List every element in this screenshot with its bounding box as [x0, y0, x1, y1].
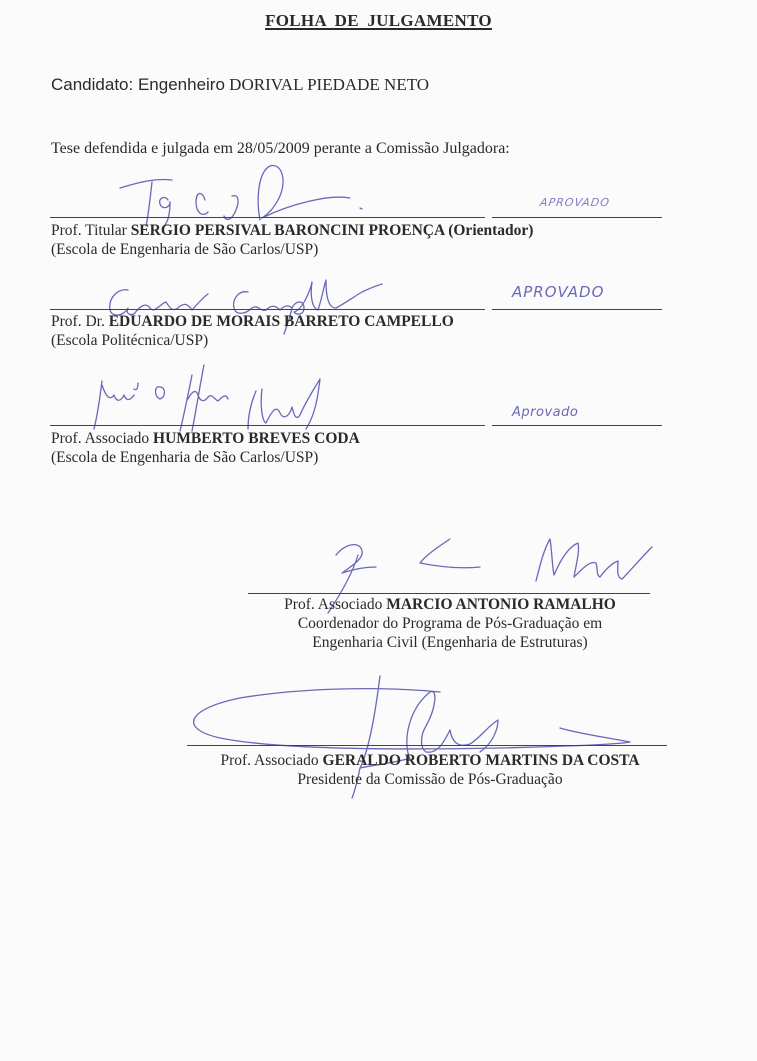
- member-name: SERGIO PERSIVAL BARONCINI PROENÇA (Orien…: [131, 222, 534, 239]
- verdict-campello: APROVADO: [512, 283, 604, 301]
- coordinator-role-2: Engenharia Civil (Engenharia de Estrutur…: [200, 634, 700, 652]
- signature-line-costa: [187, 745, 667, 746]
- defense-statement: Tese defendida e julgada em 28/05/2009 p…: [51, 140, 510, 158]
- coordinator-name: Prof. Associado MARCIO ANTONIO RAMALHO: [200, 596, 700, 614]
- verdict-coda: Aprovado: [512, 405, 578, 420]
- member-title: Prof. Titular: [51, 222, 127, 239]
- member-name: HUMBERTO BREVES CODA: [153, 430, 360, 447]
- candidate-label: Candidato: Engenheiro: [51, 75, 225, 94]
- signature-line-campello: [50, 309, 485, 310]
- president-title: Prof. Associado: [220, 752, 318, 769]
- signature-line-proenca: [50, 217, 485, 218]
- page-title: FOLHA DE JULGAMENTO: [0, 11, 757, 31]
- member-title: Prof. Dr.: [51, 313, 105, 330]
- candidate-name: DORIVAL PIEDADE NETO: [229, 75, 429, 94]
- member-institution-coda: (Escola de Engenharia de São Carlos/USP): [51, 449, 318, 467]
- member-name-coda: Prof. Associado HUMBERTO BREVES CODA: [51, 430, 360, 448]
- coordinator-role-1: Coordenador do Programa de Pós-Graduação…: [200, 615, 700, 633]
- candidate-line: Candidato: Engenheiro DORIVAL PIEDADE NE…: [51, 75, 429, 95]
- signature-line-coda: [50, 425, 485, 426]
- member-institution-campello: (Escola Politécnica/USP): [51, 332, 208, 350]
- member-name-proenca: Prof. Titular SERGIO PERSIVAL BARONCINI …: [51, 222, 533, 240]
- verdict-line-coda: [492, 425, 662, 426]
- title-text: FOLHA DE JULGAMENTO: [265, 11, 492, 30]
- verdict-line-campello: [492, 309, 662, 310]
- signature-proenca: [110, 160, 370, 230]
- coordinator-title: Prof. Associado: [284, 596, 382, 613]
- president-role: Presidente da Comissão de Pós-Graduação: [130, 771, 730, 789]
- member-name: EDUARDO DE MORAIS BARRETO CAMPELLO: [109, 313, 454, 330]
- signature-line-ramalho: [248, 593, 650, 594]
- president-name-text: GERALDO ROBERTO MARTINS DA COSTA: [323, 752, 640, 769]
- president-name: Prof. Associado GERALDO ROBERTO MARTINS …: [130, 752, 730, 770]
- member-name-campello: Prof. Dr. EDUARDO DE MORAIS BARRETO CAMP…: [51, 313, 454, 331]
- coordinator-name-text: MARCIO ANTONIO RAMALHO: [386, 596, 616, 613]
- verdict-line-proenca: [492, 217, 662, 218]
- member-title: Prof. Associado: [51, 430, 149, 447]
- member-institution-proenca: (Escola de Engenharia de São Carlos/USP): [51, 241, 318, 259]
- signature-coda: [80, 355, 370, 435]
- verdict-proenca: APROVADO: [539, 196, 611, 209]
